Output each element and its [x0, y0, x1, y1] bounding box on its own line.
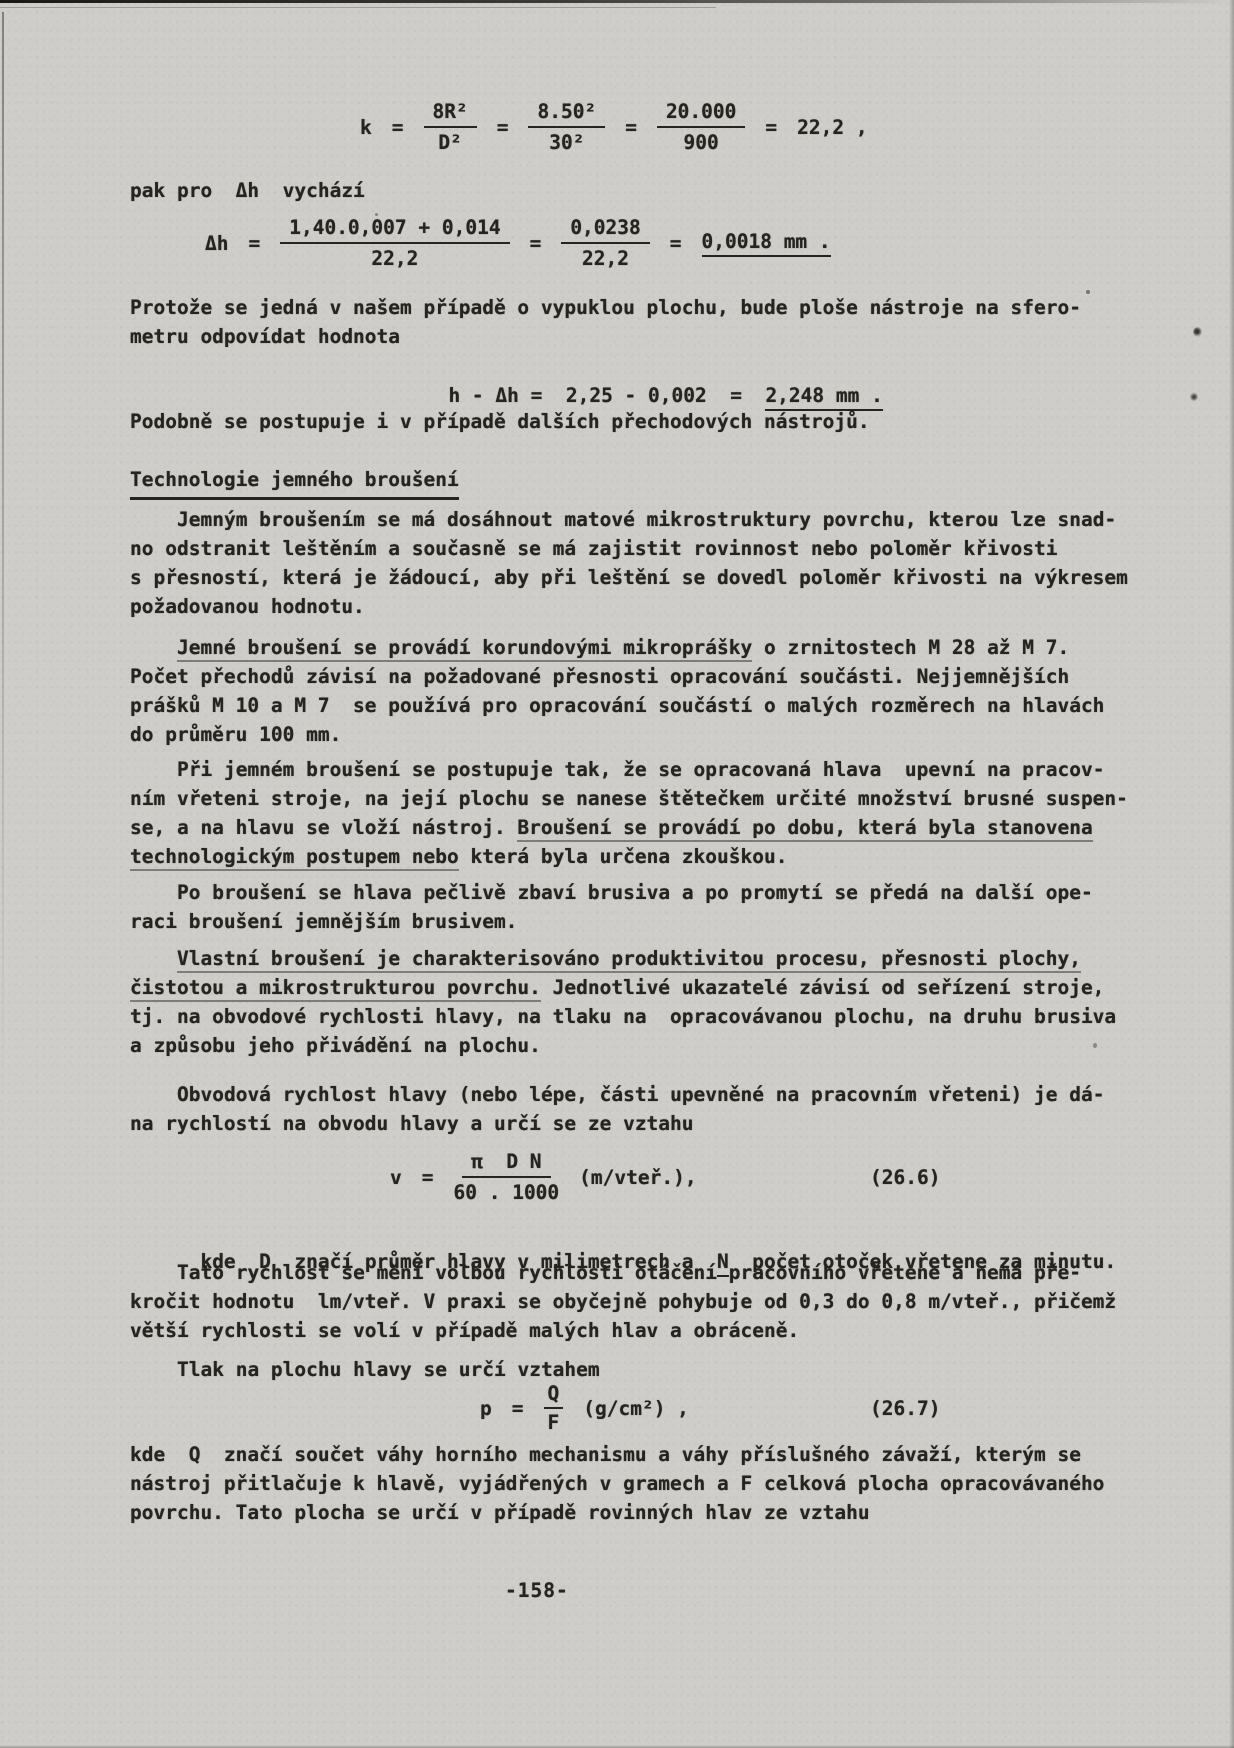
fraction: 8R²D² [424, 100, 477, 154]
text-line: kde Q značí součet váhy horního mechanis… [130, 1440, 1110, 1469]
text-line: Obvodová rychlost hlavy (nebo lépe, část… [130, 1080, 1110, 1109]
text-segment: se, a na hlavu se vloží nástroj. [130, 816, 517, 839]
fraction: 1,40.0,007 + 0,01422,2 [280, 216, 509, 270]
formula-p-lhs: p [480, 1397, 492, 1420]
equals-sign: = [422, 1166, 434, 1189]
intro-line-pak-pro: pak pro Δh vychází [130, 176, 1110, 205]
paragraph-podobne: Podobně se postupuje i v případě dalších… [130, 407, 1110, 436]
text-line: Při jemném broušení se postupuje tak, že… [130, 755, 1110, 784]
text-segment: která byla určena zkouškou. [459, 845, 788, 868]
formula-k-lhs: k [360, 116, 372, 139]
fraction-numerator: 20.000 [657, 100, 745, 128]
fraction: 8.50²30² [528, 100, 605, 154]
document-content: k = 8R²D² = 8.50²30² = 20.000900 = 22,2 … [130, 0, 1110, 1748]
text-line: Tato rychlost se mění volbou rychlosti o… [130, 1258, 1110, 1287]
paragraph-jemnym: Jemným broušením se má dosáhnout matové … [130, 505, 1110, 621]
scan-edge-right [1229, 0, 1234, 1748]
text-line: Vlastní broušení je charakterisováno pro… [130, 944, 1110, 973]
equals-sign: = [497, 116, 509, 139]
equation-number-26-7: (26.7) [870, 1397, 940, 1420]
fraction-denominator: 22,2 [371, 244, 418, 270]
fraction-numerator: 8.50² [528, 100, 605, 128]
fraction-numerator: Q [544, 1382, 564, 1409]
scanned-document-page: k = 8R²D² = 8.50²30² = 20.000900 = 22,2 … [0, 0, 1234, 1748]
text-line: raci broušení jemnějším brusivem. [130, 907, 1110, 936]
section-heading: Technologie jemného broušení [130, 465, 459, 500]
text-line: technologickým postupem nebo která byla … [130, 842, 1110, 871]
text-line: povrchu. Tato plocha se určí v případě r… [130, 1498, 1110, 1527]
paper-speck [1190, 392, 1198, 401]
formula-delta-h-lhs: Δh [205, 232, 228, 255]
equals-sign: = [765, 116, 777, 139]
text-line: Jemným broušením se má dosáhnout matové … [130, 505, 1110, 534]
text-line: nástroj přitlačuje k hlavě, vyjádřených … [130, 1469, 1110, 1498]
fraction-denominator: 900 [684, 128, 719, 154]
scan-edge-left [2, 12, 4, 1096]
underlined-phrase: Jemné broušení se provádí korundovými mi… [177, 636, 752, 662]
underlined-phrase: technologickým postupem nebo [130, 845, 459, 871]
fraction-numerator: π D N [462, 1150, 550, 1178]
fraction-denominator: D² [438, 128, 461, 154]
paragraph-tato-rychlost: Tato rychlost se mění volbou rychlosti o… [130, 1258, 1110, 1345]
page-number: -158- [130, 1576, 1234, 1605]
fraction: 20.000900 [657, 100, 745, 154]
section-heading-wrap: Technologie jemného broušení [130, 465, 1110, 500]
equation-number-26-6: (26.6) [870, 1166, 940, 1189]
equals-sign: = [248, 232, 260, 255]
text-line: ním vřeteni stroje, na její plochu se na… [130, 784, 1110, 813]
text-segment: o zrnitostech M 28 až M 7. [752, 636, 1069, 659]
equals-sign: = [392, 116, 404, 139]
underlined-phrase: Broušení se provádí po dobu, která byla … [517, 816, 1092, 842]
fraction-denominator: 30² [549, 128, 584, 154]
formula-p-unit: (g/cm²) , [583, 1397, 689, 1420]
fraction-denominator: F [548, 1409, 560, 1434]
fraction: 0,023822,2 [561, 216, 649, 270]
text-line: Počet přechodů závisí na požadované přes… [130, 662, 1110, 691]
text-line: do průměru 100 mm. [130, 720, 1110, 749]
formula-delta-h-result: 0,0018 mm . [702, 230, 831, 257]
text-line: Po broušení se hlava pečlivě zbaví brusi… [130, 878, 1110, 907]
formula-v: v = π D N60 . 1000 (m/vteř.), (26.6) [130, 1150, 1234, 1204]
formula-h-pre: h - Δh = 2,25 - 0,002 = [448, 384, 765, 407]
text-line: na rychlostí na obvodu hlavy a určí se z… [130, 1109, 1110, 1138]
formula-delta-h: Δh = 1,40.0,007 + 0,01422,2 = 0,023822,2… [130, 216, 1185, 270]
text-line: a způsobu jeho přivádění na plochu. [130, 1031, 1110, 1060]
line-kde-d: kde D značí průměr hlavy v milimetrech a… [130, 1218, 1110, 1247]
underlined-phrase: čistotou a mikrostrukturou povrchu. [130, 976, 541, 1002]
line-tlak: Tlak na plochu hlavy se určí vztahem [130, 1355, 1157, 1384]
fraction-denominator: 60 . 1000 [454, 1178, 560, 1204]
text-line: prášků M 10 a M 7 se používá pro opracov… [130, 691, 1110, 720]
fraction-numerator: 1,40.0,007 + 0,014 [280, 216, 509, 244]
fraction-numerator: 0,0238 [561, 216, 649, 244]
paragraph-jemne-brouseni: Jemné broušení se provádí korundovými mi… [130, 633, 1110, 749]
formula-p: p = QF (g/cm²) , (26.7) [130, 1382, 1234, 1434]
fraction: π D N60 . 1000 [454, 1150, 560, 1204]
text-line: se, a na hlavu se vloží nástroj. Broušen… [130, 813, 1110, 842]
text-line: tj. na obvodové rychlosti hlavy, na tlak… [130, 1002, 1110, 1031]
text-line: Jemné broušení se provádí korundovými mi… [130, 633, 1110, 662]
formula-k: k = 8R²D² = 8.50²30² = 20.000900 = 22,2 … [130, 100, 1234, 154]
equals-sign: = [530, 232, 542, 255]
formula-v-lhs: v [390, 1166, 402, 1189]
text-line: s přesností, která je žádoucí, aby při l… [130, 563, 1110, 592]
text-segment: Jednotlivé ukazatelé závisí od seřízení … [541, 976, 1105, 999]
text-line: čistotou a mikrostrukturou povrchu. Jedn… [130, 973, 1110, 1002]
paragraph-kde-q: kde Q značí součet váhy horního mechanis… [130, 1440, 1110, 1527]
text-line: no odstranit leštěním a současně se má z… [130, 534, 1110, 563]
equals-sign: = [512, 1397, 524, 1420]
text-line: kročit hodnotu lm/vteř. V praxi se obyče… [130, 1287, 1110, 1316]
paragraph-protoze: Protože se jedná v našem případě o vypuk… [130, 293, 1110, 351]
formula-k-result: 22,2 , [797, 116, 867, 139]
text-line: Protože se jedná v našem případě o vypuk… [130, 293, 1110, 322]
paragraph-obvodova: Obvodová rychlost hlavy (nebo lépe, část… [130, 1080, 1110, 1138]
equals-sign: = [625, 116, 637, 139]
formula-v-unit: (m/vteř.), [579, 1166, 696, 1189]
fraction-numerator: 8R² [424, 100, 477, 128]
paper-speck [1193, 327, 1202, 337]
paragraph-po-brouseni: Po broušení se hlava pečlivě zbaví brusi… [130, 878, 1110, 936]
fraction: QF [544, 1382, 564, 1434]
formula-h-minus-dh: h - Δh = 2,25 - 0,002 = 2,248 mm . [130, 352, 1234, 381]
text-line: větší rychlosti se volí v případě malých… [130, 1316, 1110, 1345]
paragraph-vlastni-brouseni: Vlastní broušení je charakterisováno pro… [130, 944, 1110, 1060]
text-line: požadovanou hodnotu. [130, 592, 1110, 621]
paragraph-pri-jemnem: Při jemném broušení se postupuje tak, že… [130, 755, 1110, 871]
text-line: metru odpovídat hodnota [130, 322, 1110, 351]
underlined-phrase: Vlastní broušení je charakterisováno pro… [177, 947, 1081, 973]
equals-sign: = [670, 232, 682, 255]
fraction-denominator: 22,2 [582, 244, 629, 270]
